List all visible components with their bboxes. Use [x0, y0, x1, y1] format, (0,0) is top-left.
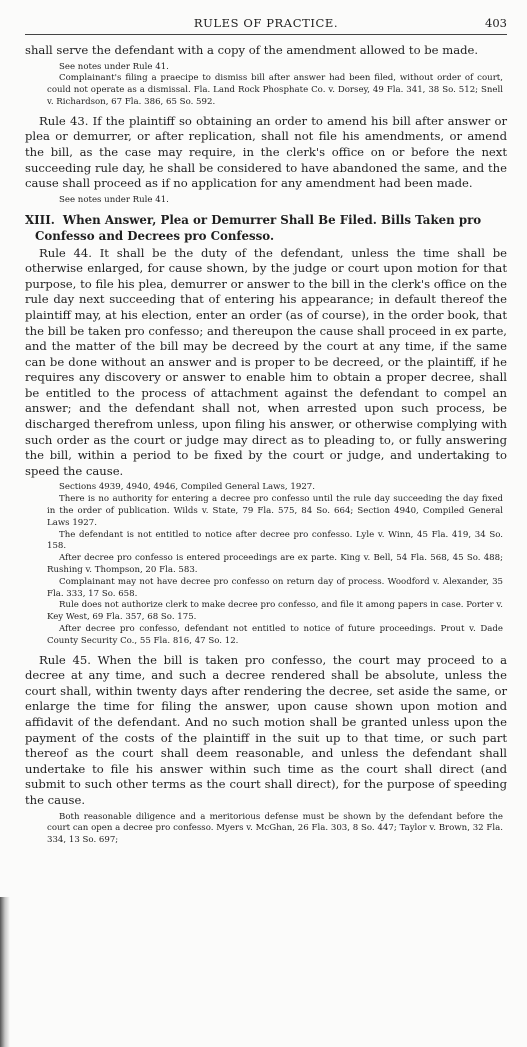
note: Complainant's filing a praecipe to dismi… [25, 73, 507, 108]
notes-rule-45: Both reasonable diligence and a meritori… [25, 812, 507, 847]
note: After decree pro confesso is entered pro… [25, 553, 507, 577]
page-header: RULES OF PRACTICE. 403 [25, 0, 507, 35]
note: Sections 4939, 4940, 4946, Compiled Gene… [25, 482, 507, 494]
note: Rule does not authorize clerk to make de… [25, 600, 507, 624]
page-body: shall serve the defendant with a copy of… [25, 43, 507, 847]
section-heading: XIII.When Answer, Plea or Demurrer Shall… [25, 212, 507, 244]
note: Complainant may not have decree pro conf… [25, 577, 507, 601]
section-number: XIII. [25, 213, 55, 227]
rule-44: Rule 44. It shall be the duty of the def… [25, 246, 507, 480]
section-title: When Answer, Plea or Demurrer Shall Be F… [35, 213, 481, 243]
page-binding-shadow [0, 897, 10, 1047]
running-title: RULES OF PRACTICE. [25, 16, 507, 30]
note: See notes under Rule 41. [25, 195, 507, 207]
document-page: RULES OF PRACTICE. 403 shall serve the d… [25, 0, 507, 852]
notes-rule-42: See notes under Rule 41. Complainant's f… [25, 62, 507, 109]
note: The defendant is not entitled to notice … [25, 530, 507, 554]
notes-rule-44: Sections 4939, 4940, 4946, Compiled Gene… [25, 482, 507, 647]
note: Both reasonable diligence and a meritori… [25, 812, 507, 847]
note: There is no authority for entering a dec… [25, 494, 507, 529]
notes-rule-43: See notes under Rule 41. [25, 195, 507, 207]
page-number: 403 [485, 16, 507, 30]
note: See notes under Rule 41. [25, 62, 507, 74]
continued-paragraph: shall serve the defendant with a copy of… [25, 43, 507, 59]
rule-45: Rule 45. When the bill is taken pro conf… [25, 653, 507, 809]
rule-43: Rule 43. If the plaintiff so obtaining a… [25, 114, 507, 192]
note: After decree pro confesso, defendant not… [25, 624, 507, 648]
